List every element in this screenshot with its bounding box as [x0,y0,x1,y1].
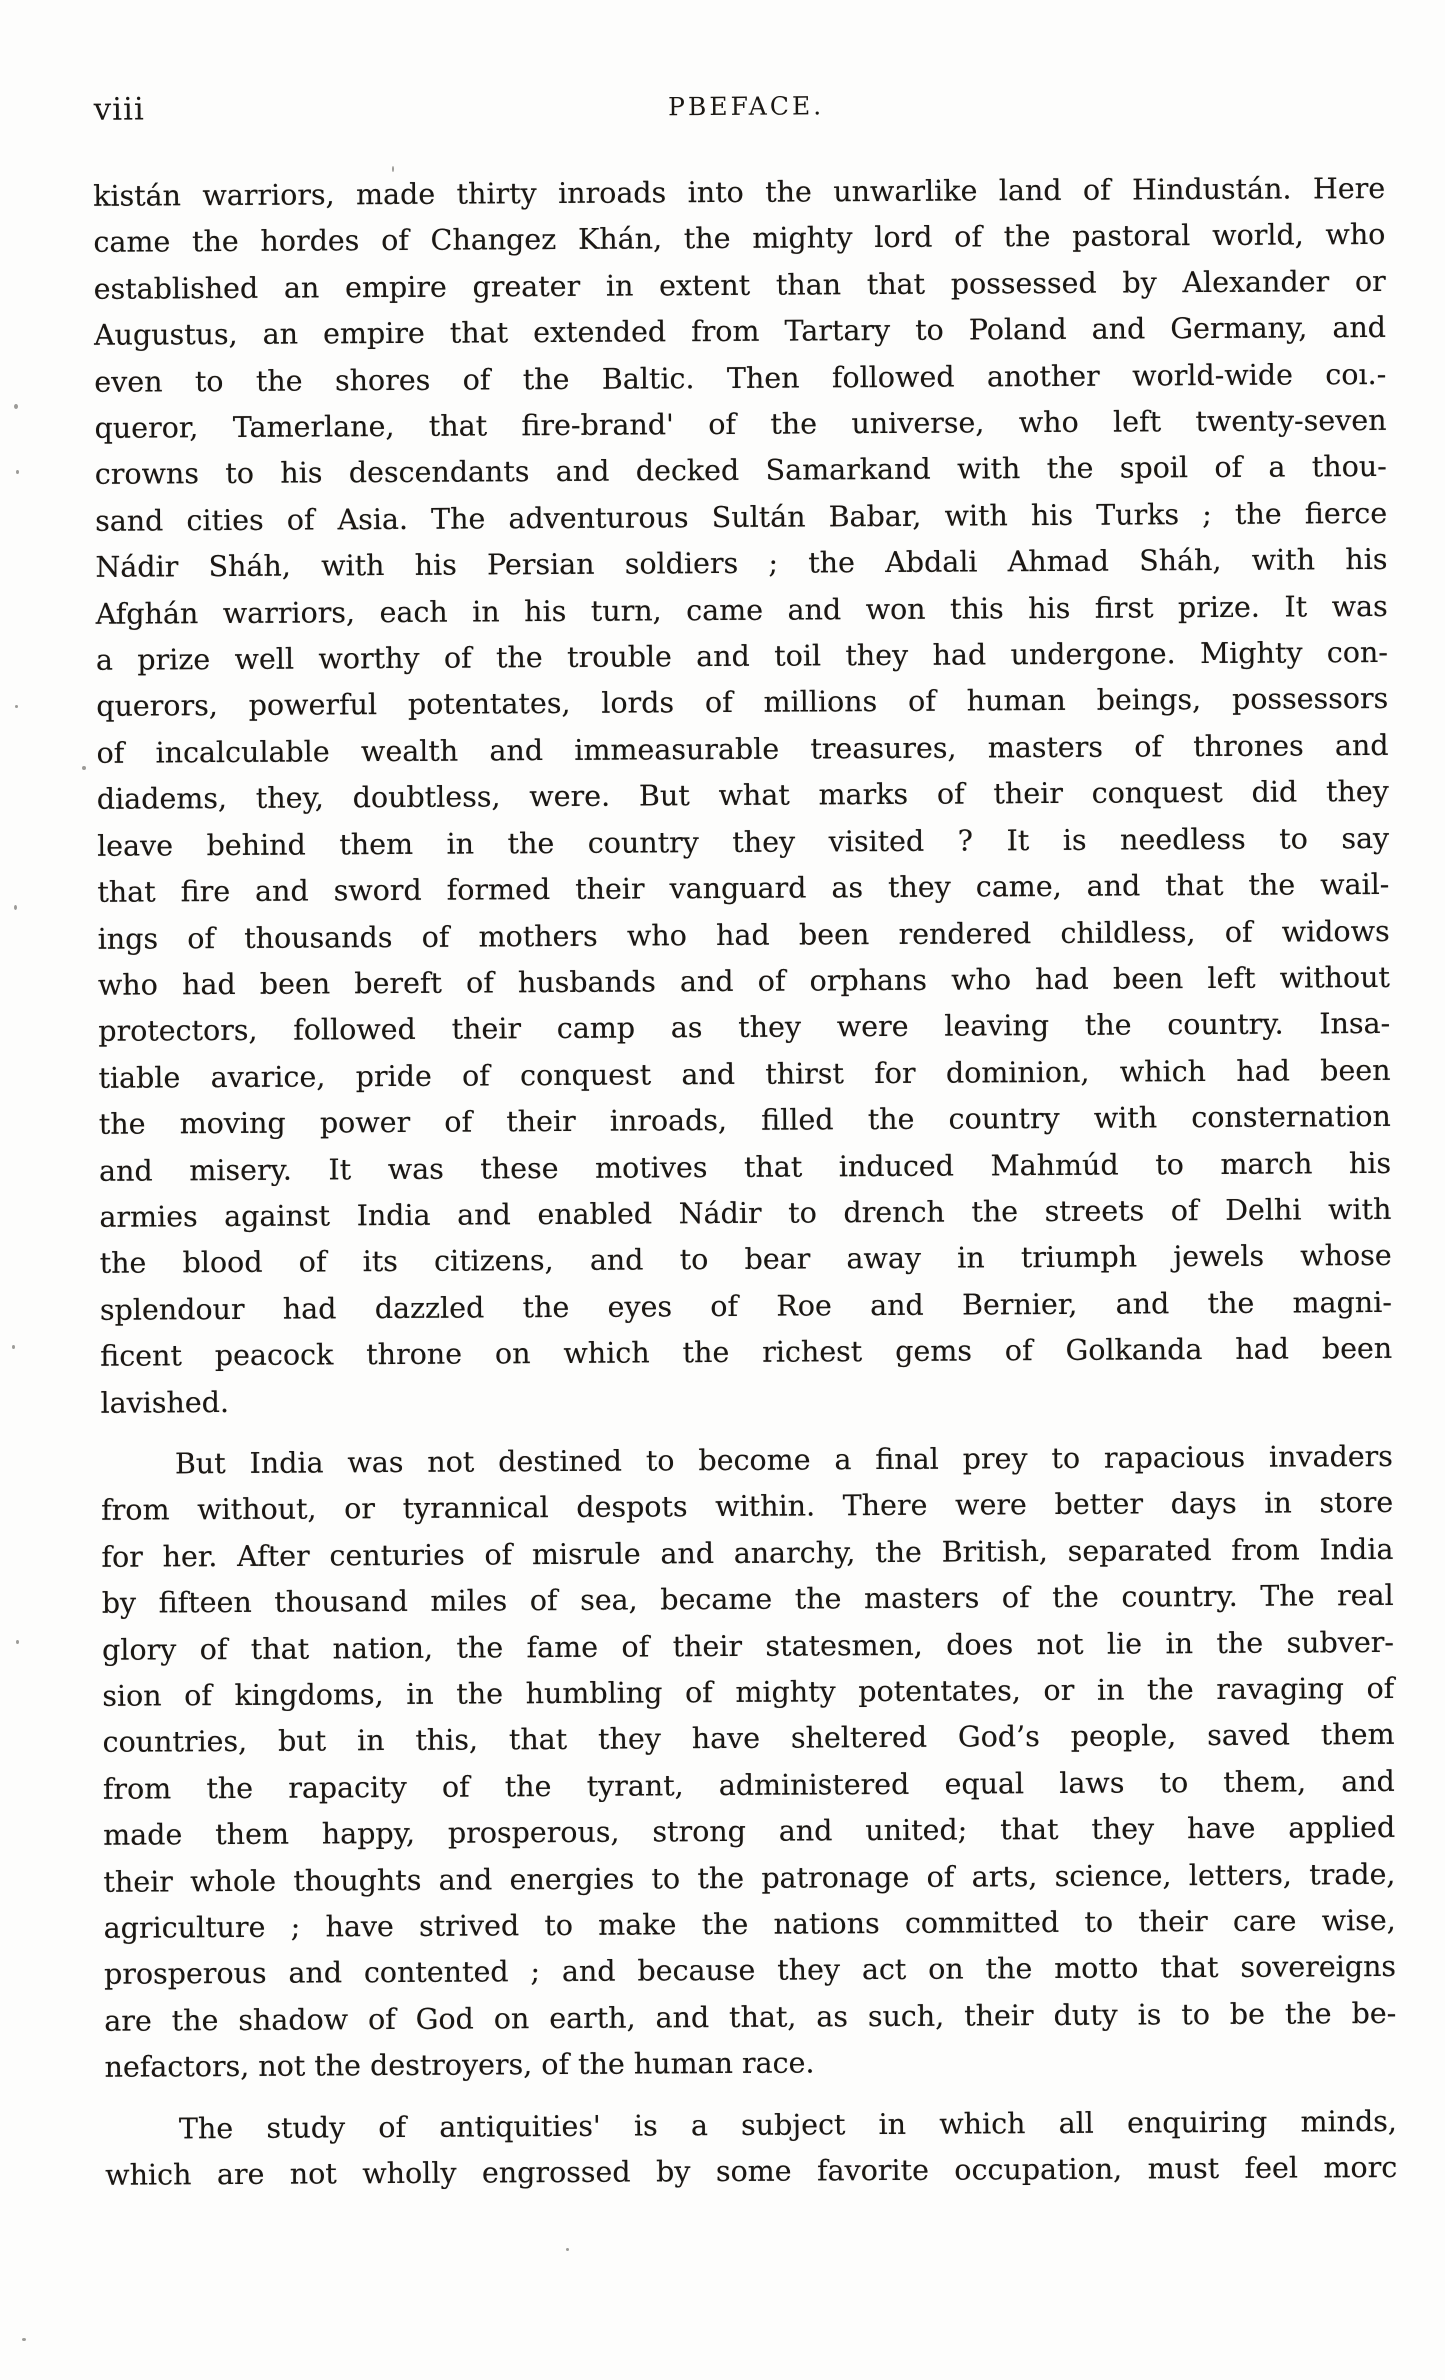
text-line: But India was not destined to become a f… [101,1434,1393,1488]
preface-text: kistán warriors, made thirty inroads int… [93,166,1397,2199]
scan-speck [22,2338,26,2341]
paragraph: kistán warriors, made thirty inroads int… [93,166,1393,1427]
scanned-page: viii PBEFACE. kistán warriors, made thir… [0,0,1445,2380]
scan-speck [16,1640,19,1644]
text-line: querors, powerful potentates, lords of m… [96,676,1388,730]
text-line: diadems, they, doubtless, were. But what… [97,769,1389,823]
paragraph: The study of antiquities' is a subject i… [105,2099,1398,2200]
text-line: which are not wholly engrossed by some f… [105,2145,1397,2199]
paragraph: But India was not destined to become a f… [101,1434,1397,2092]
text-line: their whole thoughts and energies to the… [103,1852,1395,1906]
text-line: from the rapacity of the tyrant, adminis… [103,1759,1395,1813]
text-line: by fifteen thousand miles of sea, became… [102,1573,1394,1627]
text-line: The study of antiquities' is a subject i… [105,2099,1397,2153]
text-line: armies against India and enabled Nádir t… [99,1187,1391,1241]
text-line: leave behind them in the country they vi… [97,816,1389,870]
scan-speck [12,1345,15,1349]
text-line: prosperous and contented ; and because t… [104,1944,1396,1998]
text-line: countries, but in this, that they have s… [102,1712,1394,1766]
text-line: kistán warriors, made thirty inroads int… [93,166,1385,220]
text-line: agriculture ; have strived to make the n… [104,1898,1396,1952]
text-line: sand cities of Asia. The adventurous Sul… [95,491,1387,545]
scan-speck [15,705,18,708]
text-line: queror, Tamerlane, that fire-brand' of t… [94,398,1386,452]
text-line: established an empire greater in extent … [94,259,1386,313]
text-line: for her. After centuries of misrule and … [101,1527,1393,1581]
text-line: lavished. [100,1372,1392,1426]
text-line: made them happy, prosperous, strong and … [103,1805,1395,1859]
text-line: protectors, followed their camp as they … [98,1001,1390,1055]
text-line: crowns to his descendants and decked Sam… [95,444,1387,498]
text-line: the blood of its citizens, and to bear a… [100,1233,1392,1287]
scan-speck [14,404,18,409]
scan-speck [16,470,19,474]
text-line: that fire and sword formed their vanguar… [97,862,1389,916]
text-line: ings of thousands of mothers who had bee… [98,908,1390,962]
text-line: ficent peacock throne on which the riche… [100,1326,1392,1380]
text-line: came the hordes of Changez Khán, the mig… [93,212,1385,266]
text-line: Afghán warriors, each in his turn, came … [96,584,1388,638]
text-line: from without, or tyrannical despots with… [101,1480,1393,1534]
scan-speck [392,166,394,172]
text-line: splendour had dazzled the eyes of Roe an… [100,1280,1392,1334]
text-line: nefactors, not the destroyers, of the hu… [104,2037,1396,2091]
text-line: glory of that nation, the fame of their … [102,1619,1394,1673]
text-line: a prize well worthy of the trouble and t… [96,630,1388,684]
running-header: PBEFACE. [668,91,824,121]
scan-speck [82,766,86,770]
text-line: tiable avarice, pride of conquest and th… [98,1048,1390,1102]
printed-area: viii PBEFACE. kistán warriors, made thir… [0,0,1445,2380]
text-line: Augustus, an empire that extended from T… [94,305,1386,359]
text-line: and misery. It was these motives that in… [99,1140,1391,1194]
text-line: of incalculable wealth and immeasurable … [96,723,1388,777]
text-line: Nádir Sháh, with his Persian soldiers ; … [95,537,1387,591]
scan-speck [566,2248,569,2251]
running-header-row: PBEFACE. [24,87,1445,125]
scan-speck [14,905,17,910]
text-line: the moving power of their inroads, fille… [99,1094,1391,1148]
text-line: who had been bereft of husbands and of o… [98,955,1390,1009]
text-line: are the shadow of God on earth, and that… [104,1991,1396,2045]
text-line: even to the shores of the Baltic. Then f… [94,352,1386,406]
text-line: sion of kingdoms, in the humbling of mig… [102,1666,1394,1720]
